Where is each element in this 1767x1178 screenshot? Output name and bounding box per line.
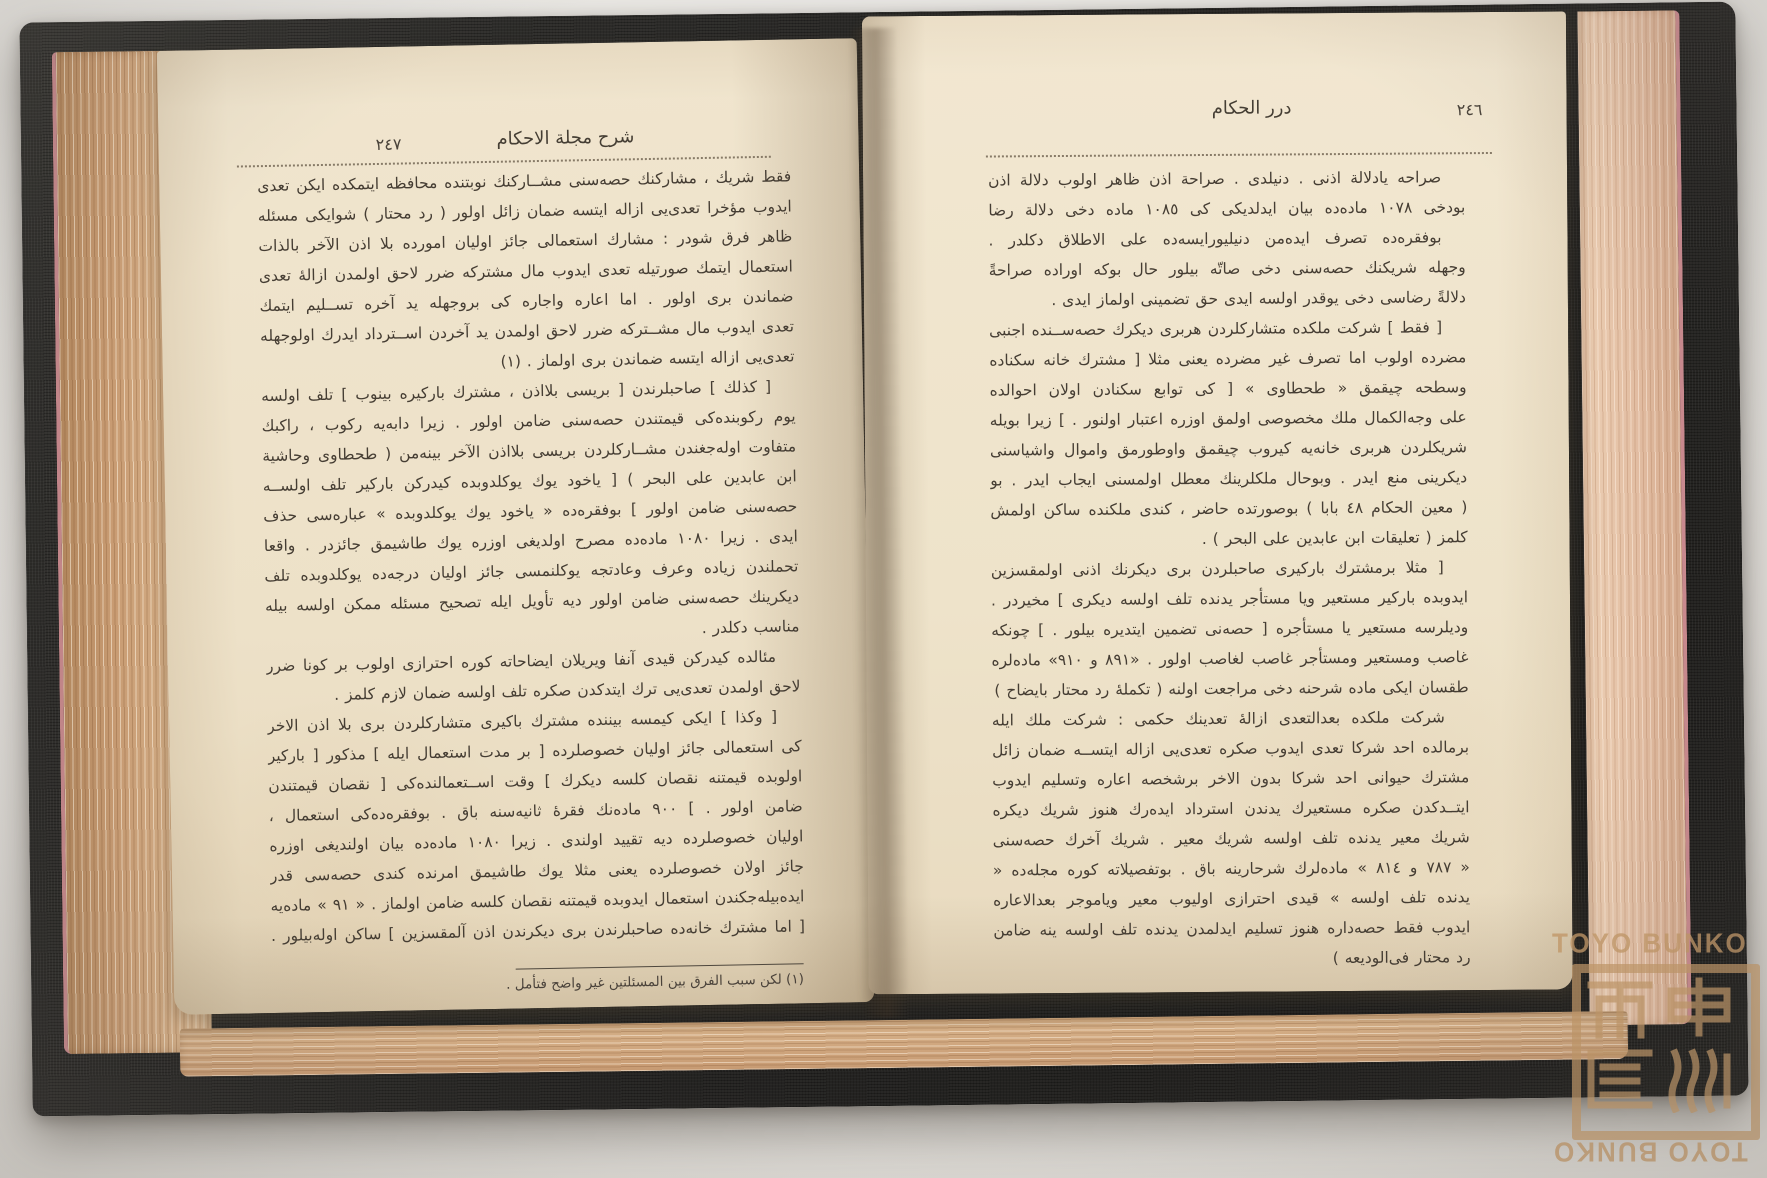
text-line: « ٧٨٧ و ٨١٤ » ماده‌لرك شرحارينه باق . بو…	[993, 852, 1470, 885]
book-photo: { "colors": { "background": "#e9e6e2", "…	[0, 0, 1767, 1178]
text-line: يدنده تلف اولسه » قيدى احترازى اوليوب مع…	[993, 882, 1470, 915]
text-line: شريكلردن هربرى خانه‌يه كيروب چيقمق واوطو…	[990, 432, 1467, 465]
text-line: شركت ملكده بعدالتعدى ازالهٔ تعدينك حكمى …	[992, 702, 1469, 735]
text-line: بودخى ١٠٧٨ ماده‌ده بيان ايدلديكى كى ١٠٨٥…	[988, 192, 1465, 225]
header-rule-right	[986, 152, 1492, 158]
footnote: (١) لكن سبب الفرق بين المسئلتين غير واضح…	[268, 971, 804, 997]
text-line: وسطحه چيقمق « طحطاوى » [ كى توابع سكنادن…	[989, 372, 1466, 405]
left-page-title: شرح مجلة الاحكام	[496, 126, 634, 150]
toyo-bunko-stamp-text-flipped: TOYO BUNKO	[1552, 1135, 1748, 1168]
text-line: [ فقط ] شركت ملكده متشاركلردن هربرى ديكر…	[989, 312, 1466, 345]
right-page-text: صراحه يادلالة اذنى . دنيلدى . صراحة اذن …	[988, 162, 1471, 975]
text-line: على وجه‌الكمال ملك مخصوصى اولمق اوزره اع…	[990, 402, 1467, 435]
text-line: رد محتار فى‌الوديعه )	[993, 942, 1470, 975]
footnote-rule	[516, 963, 804, 969]
text-line: طقسان ايكى ماده شرحنه دخى مراجعت اولنه (…	[992, 672, 1469, 705]
text-line: ايدوب فقط حصه‌داره هنوز تسليم ايدلمدن يد…	[993, 912, 1470, 945]
right-page: ٢٤٦ درر الحكام صراحه يادلالة اذنى . دنيل…	[862, 11, 1573, 994]
text-line: مشترك حيوانى احد شركا بدون الاخر برشخصه …	[992, 762, 1469, 795]
text-line: مضرده اولوب اما تصرف غير مضرده يعنى مثلا…	[989, 342, 1466, 375]
text-line: صراحه يادلالة اذنى . دنيلدى . صراحة اذن …	[988, 162, 1465, 195]
text-line: كلمز ( تعليقات ابن عابدين على البحر ) .	[990, 522, 1467, 555]
left-page: ٢٤٧ شرح مجلة الاحكام فقط شريك ، مشاركنك …	[157, 38, 875, 1015]
text-line: غاصب ومستعير ومستأجر غاصب لغاصب اولور . …	[991, 642, 1468, 675]
text-line: ديكرينى منع ايدر . وبوحال ملكلرينك معطل …	[990, 462, 1467, 495]
right-page-title: درر الحكام	[1212, 97, 1292, 119]
left-page-text: فقط شريك ، مشاركنك حصه‌سنى مشــاركنك نوب…	[257, 161, 805, 951]
page-edges-right	[1577, 10, 1691, 1025]
text-line: [ مثلا برمشترك باركيرى صاحبلردن برى ديكر…	[991, 552, 1468, 585]
text-line: ايدوبده باركير مستعير ويا مستأجر يدنده ت…	[991, 582, 1468, 615]
page-number-left: ٢٤٧	[375, 135, 401, 154]
text-line: وديلرسه مستعير يا مستأجره [ حصه‌نى تضمين…	[991, 612, 1468, 645]
text-line: برمالده احد شركا تعدى ايدوب صكره تعدى‌يى…	[992, 732, 1469, 765]
text-line: دلالةً رضاسى دخى يوقدر اولسه ايدى حق تضم…	[989, 282, 1466, 315]
text-line: ( معين الحكام ٤٨ بابا ) بوصورتده حاضر ، …	[990, 492, 1467, 525]
page-number-right: ٢٤٦	[1457, 100, 1483, 119]
text-line: وجهله شريكنك حصه‌سنى دخى صاتّه بيلور حال…	[989, 252, 1466, 285]
text-line: ايتــدكدن صكره مستعيرك يدندن استرداد ايد…	[992, 792, 1469, 825]
text-line: بوفقره‌ده تصرف ايده‌من دنيليورايسه‌ده عل…	[988, 222, 1465, 255]
text-line: شريك معير يدنده تلف اولسه شريك معير . شر…	[993, 822, 1470, 855]
page-edges-bottom	[180, 1011, 1628, 1077]
book: ٢٤٧ شرح مجلة الاحكام فقط شريك ، مشاركنك …	[19, 2, 1748, 1117]
